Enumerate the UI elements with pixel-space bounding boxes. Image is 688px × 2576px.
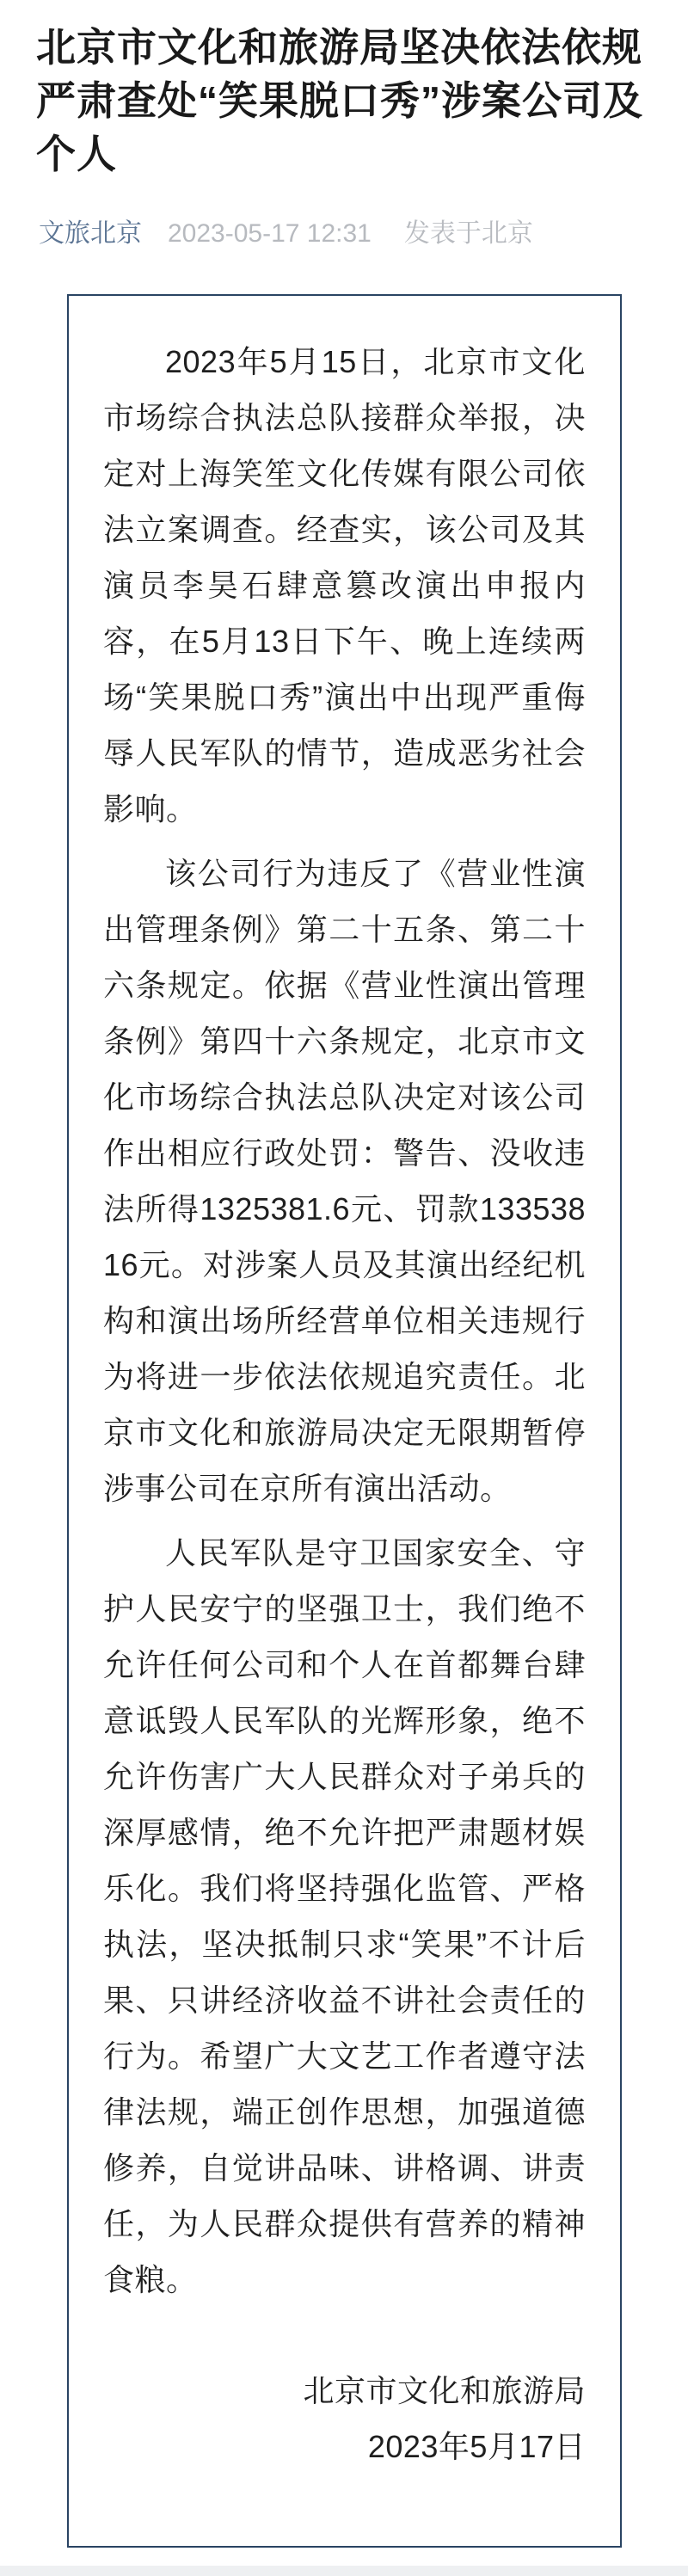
notice-paragraph: 人民军队是守卫国家安全、守护人民安宁的坚强卫士，我们绝不允许任何公司和个人在首都… [103,1525,586,2308]
author-name[interactable]: 文旅北京 [39,212,142,249]
notice-box: 2023年5月15日，北京市文化市场综合执法总队接群众举报，决定对上海笑笙文化传… [67,294,622,2548]
byline: 文旅北京 2023-05-17 12:31 发表于北京 [39,212,654,249]
signature-org: 北京市文化和旅游局 [103,2363,586,2419]
notice-paragraph: 该公司行为违反了《营业性演出管理条例》第二十五条、第二十六条规定。依据《营业性演… [103,845,586,1516]
publish-location: 发表于北京 [404,212,533,249]
publish-datetime: 2023-05-17 12:31 [168,219,372,249]
signature-date: 2023年5月17日 [103,2419,586,2475]
page-bottom-divider [0,2566,688,2576]
article-title: 北京市文化和旅游局坚决依法依规严肃查处“笑果脱口秀”涉案公司及个人 [36,21,655,181]
notice-signature: 北京市文化和旅游局 2023年5月17日 [103,2363,586,2475]
notice-paragraph: 2023年5月15日，北京市文化市场综合执法总队接群众举报，决定对上海笑笙文化传… [103,334,586,837]
article-page: 北京市文化和旅游局坚决依法依规严肃查处“笑果脱口秀”涉案公司及个人 文旅北京 2… [0,0,688,2576]
